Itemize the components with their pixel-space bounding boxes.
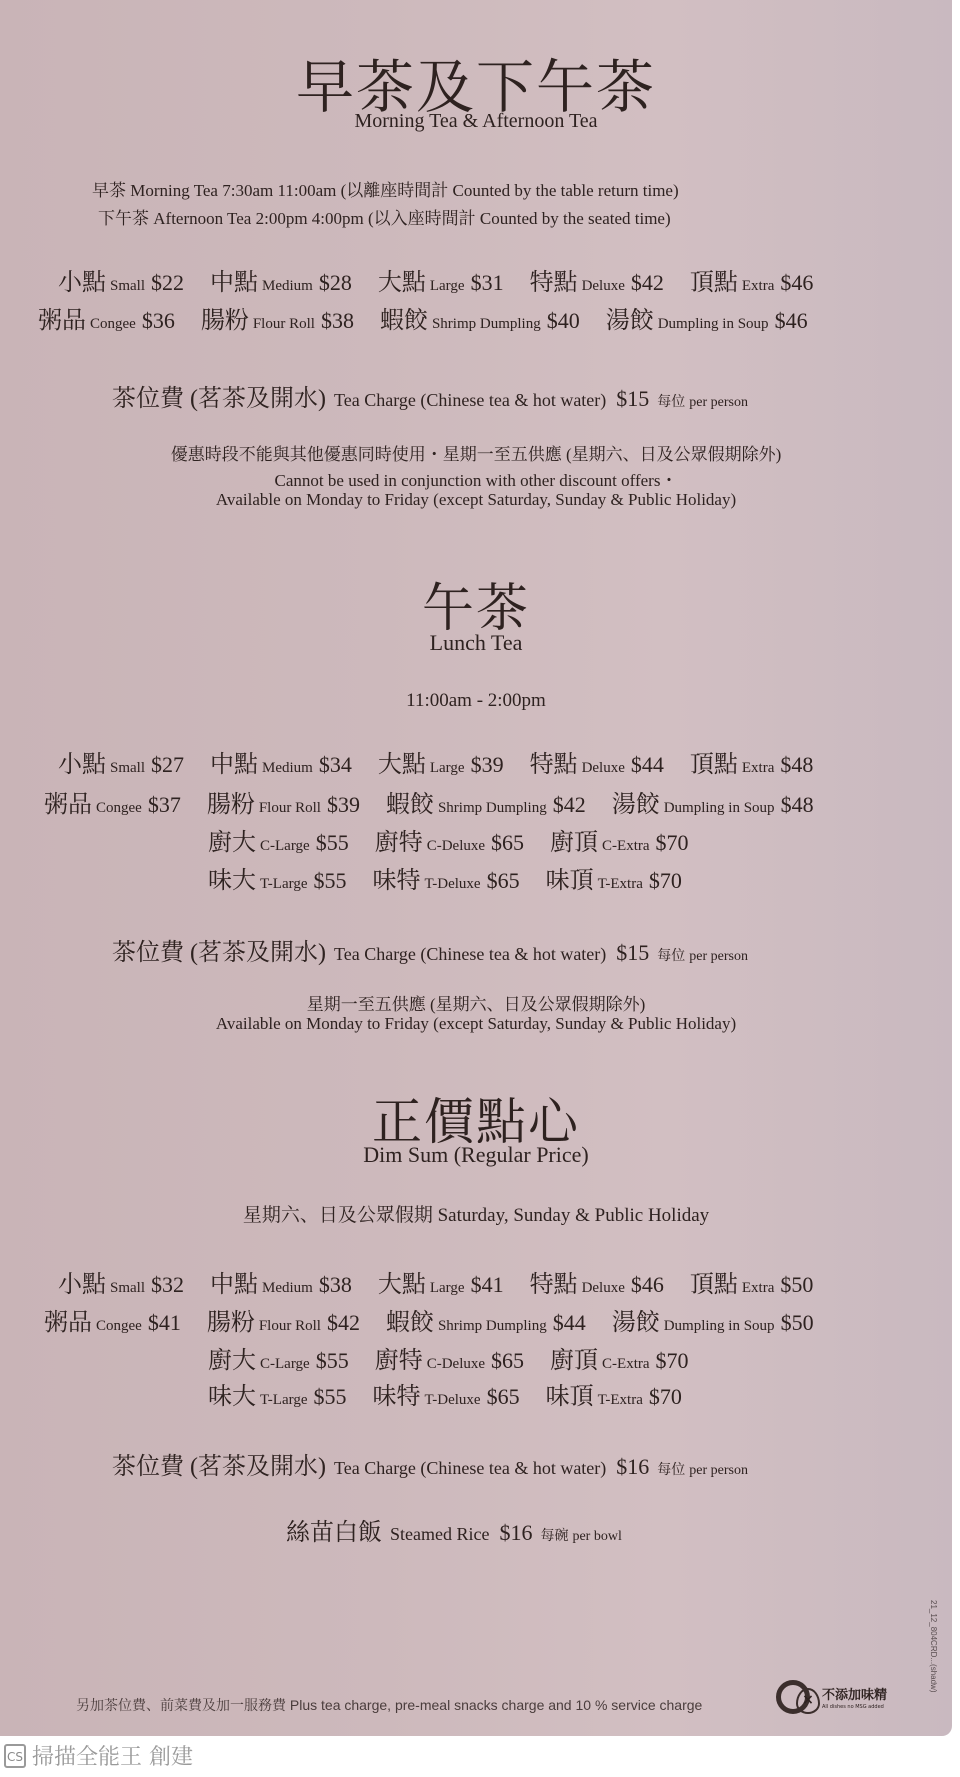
price-item-extra: 頂點Extra$46	[690, 262, 813, 297]
service-charge-note: 另加茶位費、前菜費及加一服務費 Plus tea charge, pre-mea…	[76, 1695, 702, 1715]
regular-days: 星期六、日及公眾假期 Saturday, Sunday & Public Hol…	[0, 1200, 952, 1227]
lunch-hours: 11:00am - 2:00pm	[0, 690, 952, 712]
print-code: 21_12_804CRD...(shadw)	[929, 1600, 938, 1740]
price-item-shrimp-dumpling: 蝦餃Shrimp Dumpling$40	[380, 300, 580, 335]
availability-note: Available on Monday to Friday (except Sa…	[0, 490, 952, 510]
tea-charge-line: 茶位費 (茗茶及開水) Tea Charge (Chinese tea & ho…	[112, 378, 748, 413]
price-item-dumpling-in-soup: 湯餃Dumpling in Soup$46	[606, 300, 808, 335]
price-row: 小點Small$32 中點Medium$38 大點Large$41 特點Delu…	[58, 1264, 835, 1299]
price-row: 廚大C-Large$55 廚特C-Deluxe$65 廚頂C-Extra$70	[208, 822, 711, 857]
weekday-note-en: Available on Monday to Friday (except Sa…	[0, 1014, 952, 1034]
price-row: 粥品Congee$41 腸粉Flour Roll$42 蝦餃Shrimp Dum…	[44, 1302, 836, 1337]
price-item-flour-roll: 腸粉Flour Roll$38	[201, 300, 354, 335]
price-item-large: 大點Large$31	[378, 262, 504, 297]
steamed-rice-line: 絲苗白飯 Steamed Rice $16 每碗 per bowl	[286, 1512, 622, 1547]
price-item-medium: 中點Medium$28	[210, 262, 352, 297]
price-item-congee: 粥品Congee$36	[38, 300, 175, 335]
afternoon-tea-hours: 下午茶 Afternoon Tea 2:00pm 4:00pm (以入座時間計 …	[98, 204, 671, 229]
price-row: 味大T-Large$55 味特T-Deluxe$65 味頂T-Extra$70	[208, 1376, 704, 1411]
price-row: 廚大C-Large$55 廚特C-Deluxe$65 廚頂C-Extra$70	[208, 1340, 711, 1375]
weekday-note-zh: 星期一至五供應 (星期六、日及公眾假期除外)	[0, 990, 952, 1015]
regular-title-en: Dim Sum (Regular Price)	[0, 1142, 952, 1168]
price-row: 小點Small$22 中點Medium$28 大點Large$31 特點Delu…	[58, 262, 835, 297]
morning-afternoon-title-en: Morning Tea & Afternoon Tea	[0, 110, 952, 133]
price-row: 粥品Congee$37 腸粉Flour Roll$39 蝦餃Shrimp Dum…	[44, 784, 836, 819]
discount-note-en: Cannot be used in conjunction with other…	[0, 466, 952, 491]
cross-icon: ×	[796, 1688, 820, 1714]
no-msg-logo: × 不添加味精 All dishes no MSG added	[776, 1678, 896, 1722]
morning-tea-hours: 早茶 Morning Tea 7:30am 11:00am (以離座時間計 Co…	[92, 176, 679, 201]
tea-charge-line: 茶位費 (茗茶及開水) Tea Charge (Chinese tea & ho…	[112, 932, 748, 967]
discount-note-zh: 優惠時段不能與其他優惠同時使用・星期一至五供應 (星期六、日及公眾假期除外)	[0, 440, 952, 465]
lunch-title-en: Lunch Tea	[0, 630, 952, 656]
cs-icon: CS	[4, 1744, 26, 1768]
price-item-small: 小點Small$22	[58, 262, 184, 297]
price-row: 粥品Congee$36 腸粉Flour Roll$38 蝦餃Shrimp Dum…	[38, 300, 830, 335]
menu-page: 早茶及下午茶 Morning Tea & Afternoon Tea 早茶 Mo…	[0, 0, 952, 1736]
price-item-deluxe: 特點Deluxe$42	[530, 262, 664, 297]
scanner-watermark: CS 掃描全能王 創建	[4, 1740, 193, 1771]
price-row: 味大T-Large$55 味特T-Deluxe$65 味頂T-Extra$70	[208, 860, 704, 895]
watermark-text: 掃描全能王 創建	[32, 1740, 193, 1771]
tea-charge-line: 茶位費 (茗茶及開水) Tea Charge (Chinese tea & ho…	[112, 1446, 748, 1481]
price-row: 小點Small$27 中點Medium$34 大點Large$39 特點Delu…	[58, 744, 835, 779]
